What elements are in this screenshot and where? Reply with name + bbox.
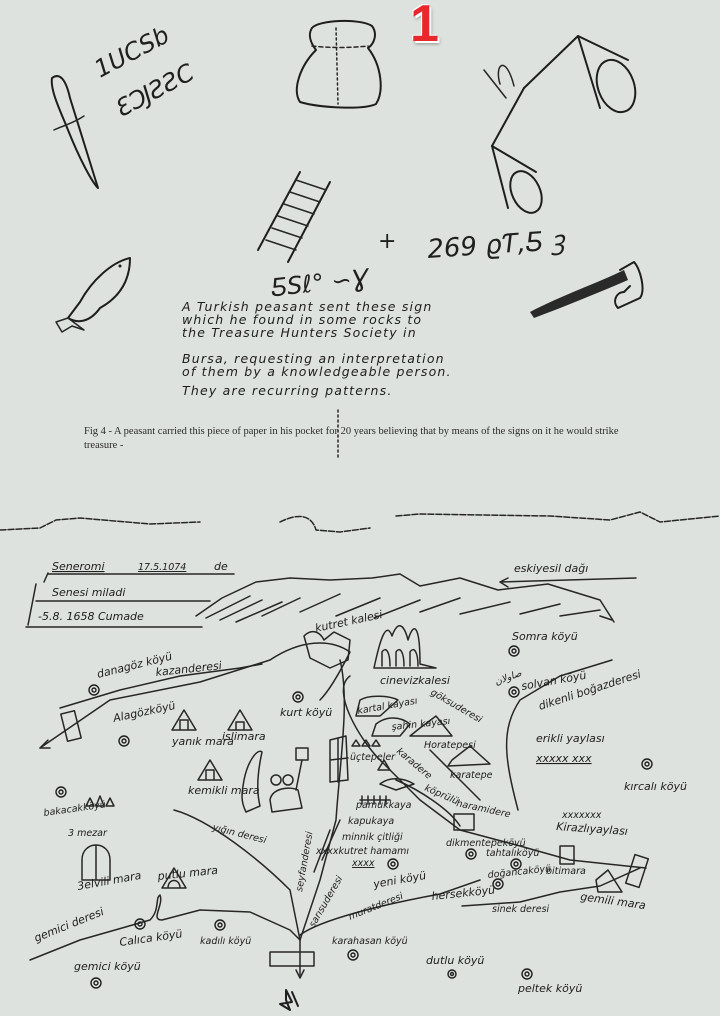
label-gemici: gemici köyü <box>74 960 141 973</box>
label-erikli-marks: xxxxx xxx <box>535 752 592 765</box>
label-pamukkaya: pamukkaya <box>355 800 412 811</box>
twin-cones-icon <box>484 36 642 218</box>
label-solvan-arabic: صاولان <box>493 668 524 688</box>
hand-drawn-sketch: 1UCSb ƐƆJƧƧC + 269 ϱƬ,Ƽ ꝫ <box>0 0 720 1016</box>
label-islimara: islimara <box>222 730 266 743</box>
label-yeni: yeni köyü <box>371 869 427 891</box>
label-koprulu: köprülü <box>423 783 460 808</box>
label-karadere: karadere <box>394 746 434 782</box>
label-gemili: gemili mara <box>580 890 647 912</box>
rivers <box>30 643 646 978</box>
label-hamam-marks: xxxx <box>351 858 375 869</box>
date-line2: Senesi miladi <box>52 586 125 599</box>
label-dutlu: dutlu köyü <box>426 954 484 967</box>
label-doganca: doğancaköyü <box>487 863 552 881</box>
note-line: the Treasure Hunters Society in <box>182 326 512 339</box>
axe-icon <box>530 262 642 318</box>
figure-caption: Fig 4 - A peasant carried this piece of … <box>84 425 644 453</box>
label-calica: Calıca köyü <box>119 927 184 949</box>
label-3-mezar: 3 mezar <box>68 828 108 839</box>
label-haramidere: haramidere <box>455 798 511 820</box>
label-kapukaya: kapukaya <box>348 816 394 827</box>
label-seyfanderesi: seyfanderesi <box>294 830 315 892</box>
label-muratderesi: muratderesi <box>347 891 405 923</box>
label-gemici-deresi: gemici deresi <box>32 905 105 945</box>
treasure-block <box>270 952 314 966</box>
sign-row-right: 269 ϱƬ,Ƽ ꝫ <box>426 225 567 265</box>
label-kutret-kalesi: kutret kalesi <box>314 608 384 635</box>
label-karatepe: karatepe <box>450 770 493 781</box>
date-line1-suffix: de <box>214 560 228 573</box>
pot-icon <box>297 21 381 108</box>
label-eskiyesil: eskiyesil dağı <box>514 562 588 575</box>
paper-fold-line <box>0 512 720 532</box>
star-icon <box>280 990 298 1010</box>
label-hersek: hersekköyü <box>431 883 496 903</box>
label-kutret-hamami: xxxxkutret hamamı <box>315 846 409 857</box>
handwritten-note: A Turkish peasant sent these sign which … <box>182 300 512 397</box>
block-symbol-right <box>626 855 649 888</box>
label-karahasan: karahasan köyü <box>332 936 408 947</box>
note-line: of them by a knowledgeable person. <box>182 365 512 378</box>
label-bitimara: bitimara <box>546 866 586 877</box>
label-cinevizkalesi: cinevizkalesi <box>380 674 450 687</box>
label-alagoz: Alagözköyü <box>111 699 177 725</box>
label-putlu: putlu mara <box>156 864 219 883</box>
label-horatepesi: Horatepesi <box>424 740 476 751</box>
dagger-icon <box>52 76 98 188</box>
label-kircali: kırcalı köyü <box>624 780 687 793</box>
west-arrow <box>40 740 50 748</box>
date-line3: -5.8. 1658 Cumade <box>38 610 144 623</box>
label-kiraz-marks: xxxxxxx <box>561 810 602 821</box>
label-erikli: erikli yaylası <box>536 732 605 745</box>
plus-mark: + <box>378 229 396 254</box>
label-somra: Somra köyü <box>512 630 578 643</box>
label-kiraz: Kirazlıyaylası <box>556 820 628 838</box>
figure-number-badge: 1 <box>410 0 439 50</box>
label-sinek: sinek deresi <box>492 904 550 915</box>
note-line: They are recurring patterns. <box>182 384 512 397</box>
scanned-page: 1UCSb ƐƆJƧƧC + 269 ϱƬ,Ƽ ꝫ <box>0 0 720 1016</box>
label-kemikli: kemikli mara <box>188 784 260 797</box>
label-minnik: minnik çitliği <box>342 832 403 843</box>
ladder-icon <box>258 172 330 262</box>
date-line1-label: Seneromi <box>52 560 105 573</box>
eskiyesil-arrow <box>500 578 636 587</box>
castle-kutret <box>304 632 350 668</box>
fish-icon <box>56 258 130 332</box>
label-bakacak: bakacakköyü <box>43 799 107 819</box>
label-yigin-deresi: yığın deresi <box>210 822 268 846</box>
castle-cinevizkalesi <box>374 626 436 668</box>
label-uctepeler: üçtepeler <box>350 752 396 763</box>
label-peltek: peltek köyü <box>517 982 582 995</box>
sign-row-left: ƼSℓ° ∽Ɣ <box>270 264 372 302</box>
label-tahtali: tahtalıköyü <box>486 848 539 859</box>
label-kurt: kurt köyü <box>280 706 332 719</box>
date-line1-date: 17.5.1074 <box>138 562 186 573</box>
label-kartal: kartal kayası <box>357 696 419 717</box>
label-kadili: kadılı köyü <box>200 936 251 947</box>
